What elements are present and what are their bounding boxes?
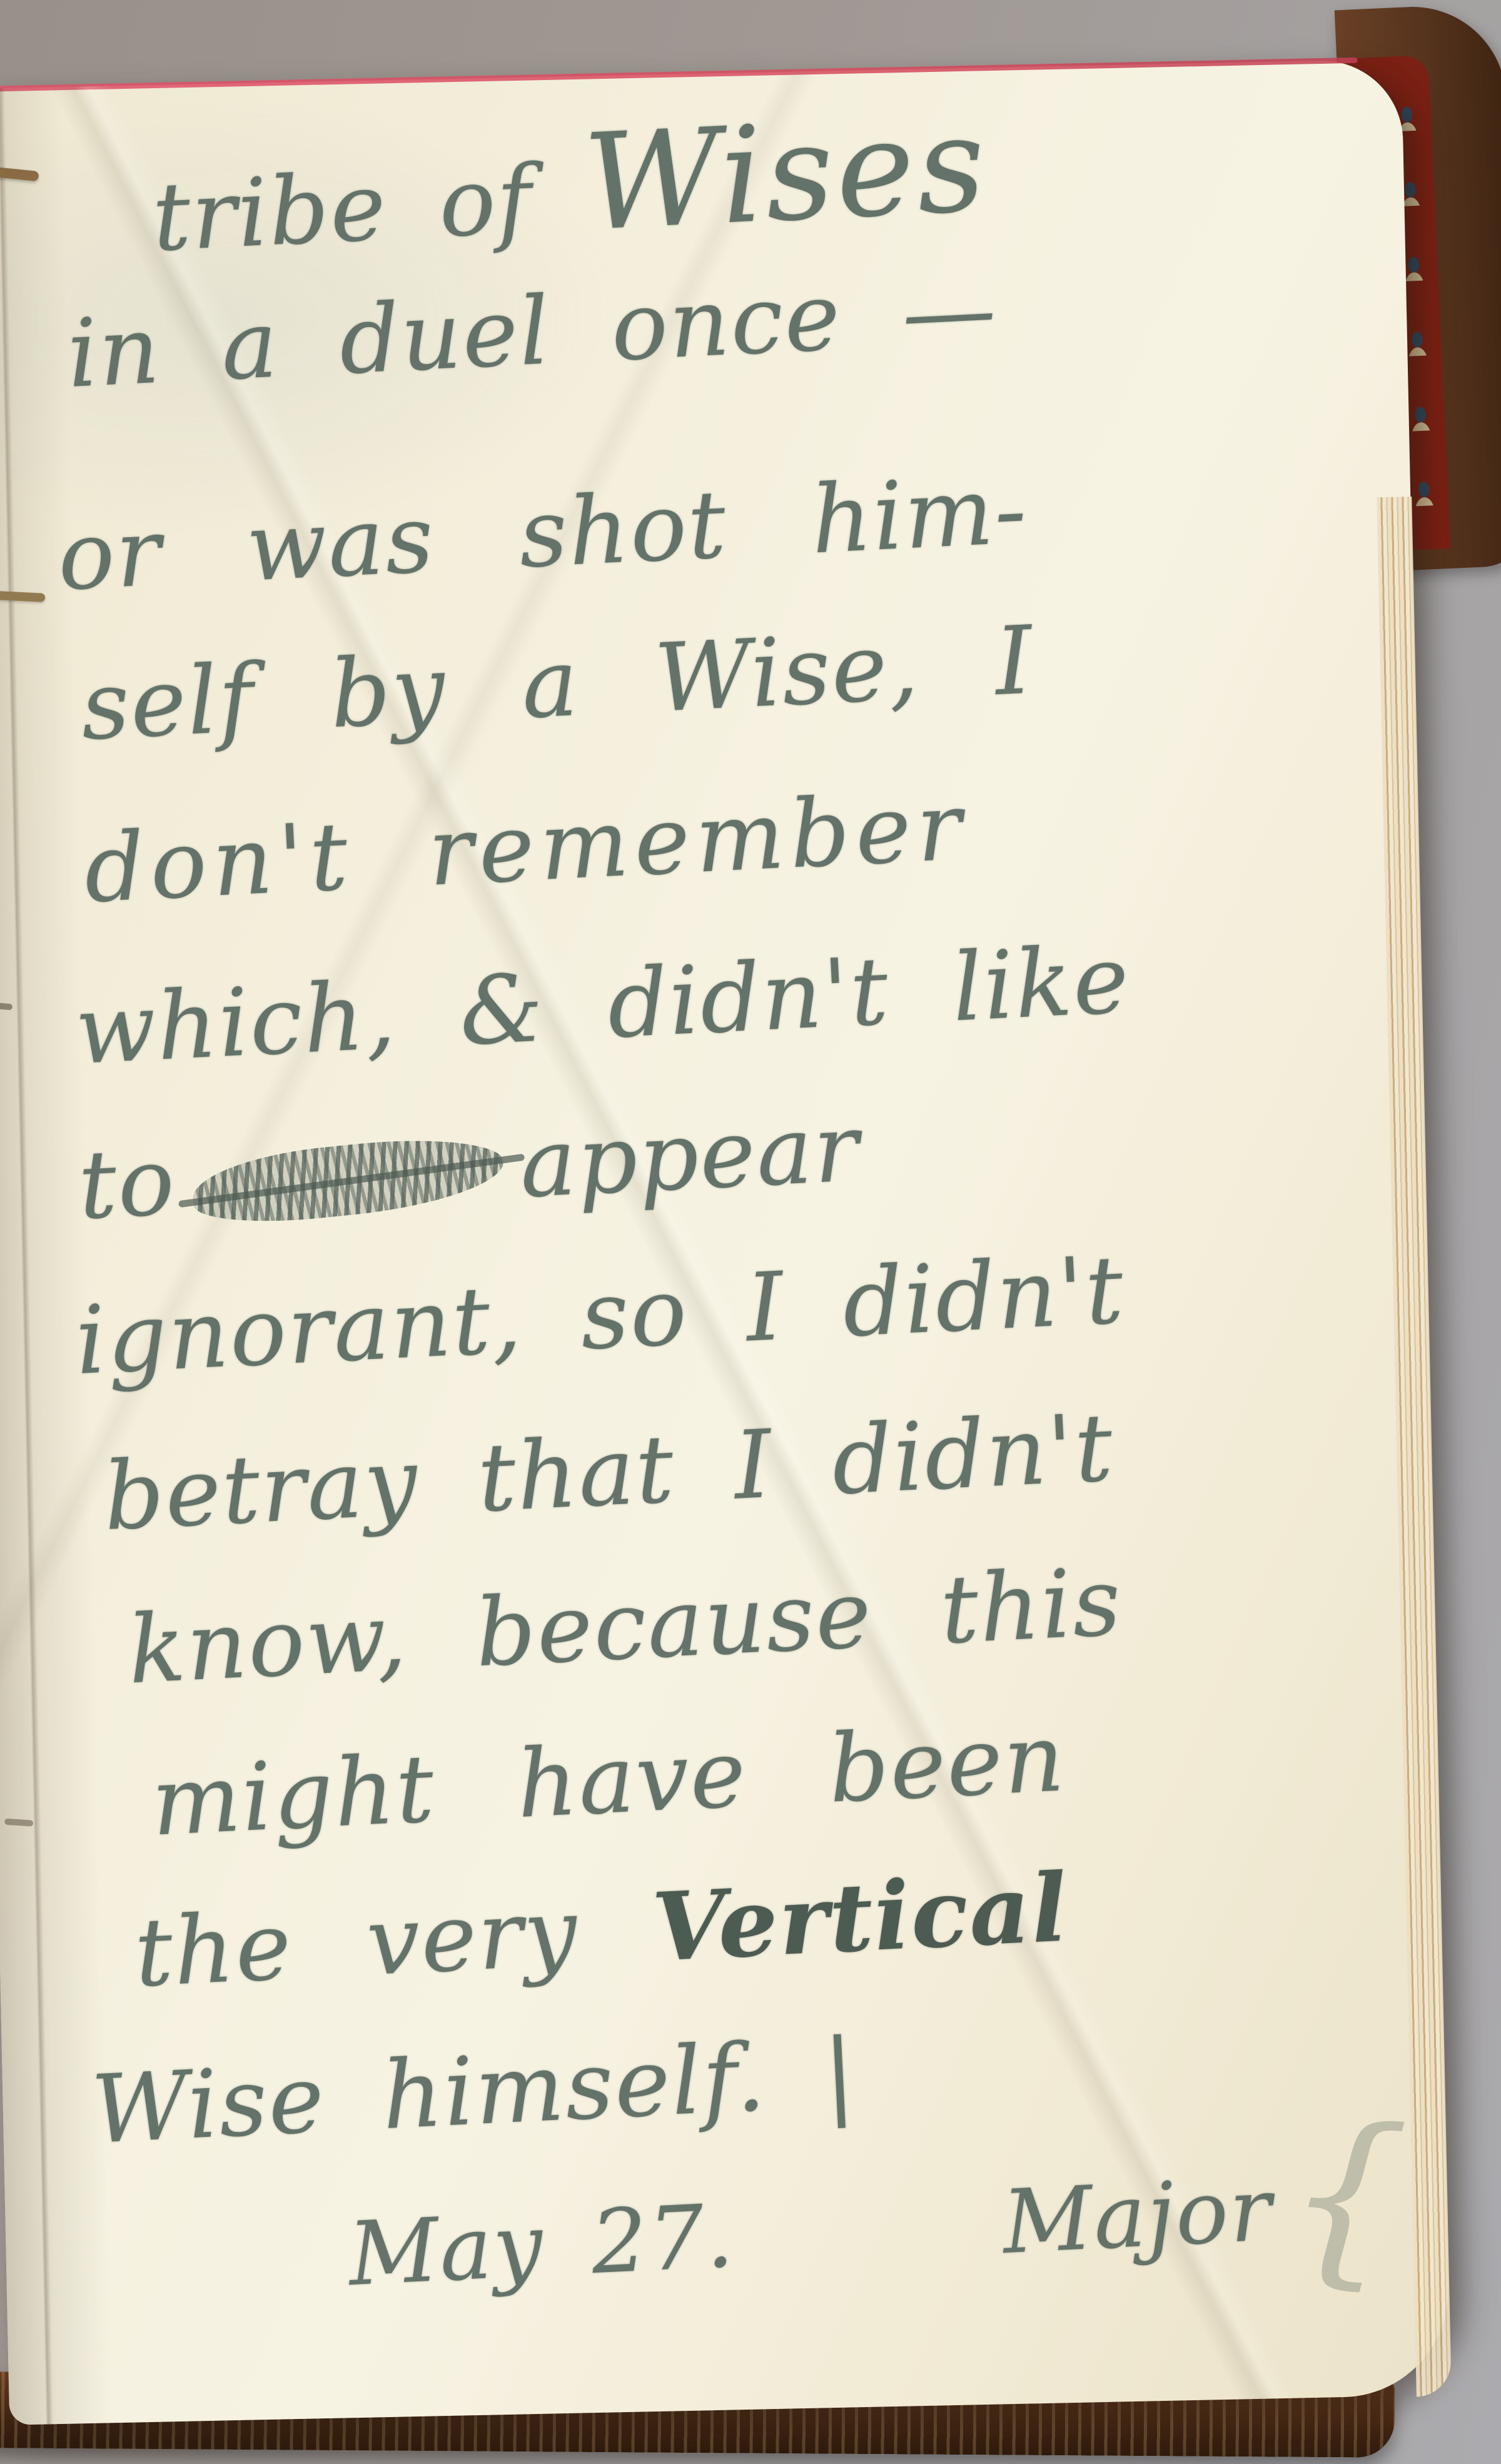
date-inscription: May 27.: [346, 2185, 737, 2306]
line-text: betray that I didn't: [101, 1393, 1116, 1552]
handwriting-line: which, & didn't like: [73, 924, 1132, 1088]
line-text: to: [76, 1128, 178, 1241]
line-text-emphasis: Wises: [580, 86, 991, 260]
handwriting-line: the very Vertical: [132, 1851, 1071, 2010]
entry-word: Major: [1001, 2159, 1275, 2274]
line-text: appear: [517, 1094, 862, 1219]
line-text-emphasis: Vertical: [650, 1852, 1071, 1982]
line-text: don't remember: [82, 772, 969, 924]
handwriting-line: Wise himself. |: [89, 2017, 859, 2167]
handwriting-line: know, because this: [126, 1546, 1124, 1707]
line-text: Wise himself. |: [89, 2019, 859, 2165]
handwriting-line: ignorant, so I didn't: [73, 1234, 1127, 1398]
line-text: might have been: [149, 1704, 1068, 1857]
handwriting-line: May 27.Major: [346, 2158, 1275, 2308]
handwriting-line: self by a Wise, I: [78, 604, 1036, 763]
handwriting-line: betray that I didn't: [101, 1391, 1116, 1553]
line-text: which, & didn't like: [73, 926, 1132, 1086]
line-text: tribe of: [150, 143, 588, 273]
handwriting-line: might have been: [149, 1702, 1068, 1859]
notebook-page: tribe of Wises in a duel once — or was s…: [0, 59, 1450, 2425]
handwriting-line: toappear: [76, 1092, 862, 1243]
handwriting-line: tribe of Wises: [148, 84, 991, 284]
line-text: or was shot him-: [56, 456, 1030, 612]
handwriting-line: don't remember: [82, 770, 969, 926]
scribbled-out-word: [189, 1129, 507, 1231]
line-text: the very: [132, 1874, 655, 2008]
line-text: self by a Wise, I: [79, 606, 1036, 761]
margin-pencil-mark: {: [1280, 2083, 1413, 2309]
handwriting-line: or was shot him-: [55, 454, 1029, 614]
line-text: ignorant, so I didn't: [73, 1236, 1127, 1396]
line-text: know, because this: [126, 1548, 1124, 1705]
photo-backdrop: tribe of Wises in a duel once — or was s…: [0, 0, 1501, 2464]
handwriting-block: tribe of Wises in a duel once — or was s…: [0, 59, 1450, 2425]
